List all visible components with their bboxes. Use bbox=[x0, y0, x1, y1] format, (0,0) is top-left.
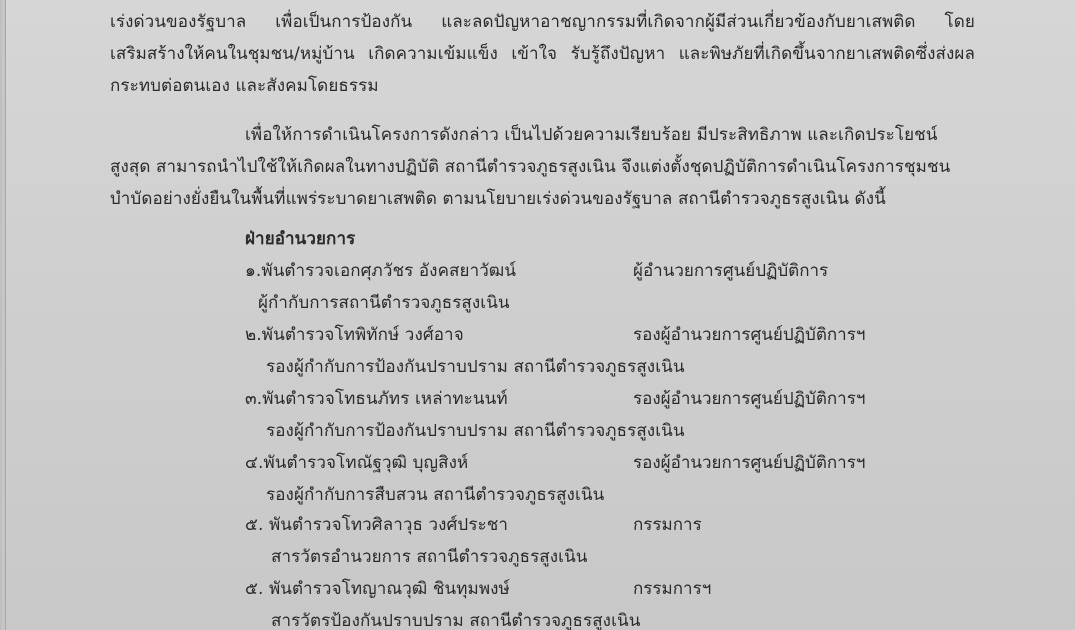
member-6-name: ๕. พันตำรวจโทญาณวุฒิ ชินทุมพงษ์ bbox=[245, 578, 510, 600]
paragraph-1-line-3: กระทบต่อตนเอง และสังคมโดยธรรม bbox=[110, 75, 379, 97]
paragraph-2-line-1: เพื่อให้การดำเนินโครงการดังกล่าว เป็นไปด… bbox=[245, 124, 928, 146]
paragraph-2-line-3: บำบัดอย่างยั่งยืนในพื้นที่แพร่ระบาดยาเสพ… bbox=[110, 188, 886, 210]
member-4-role: รองผู้อำนวยการศูนย์ปฏิบัติการฯ bbox=[633, 452, 865, 474]
member-6-position: สารวัตรป้องกันปราบปราม สถานีตำรวจภูธรสูง… bbox=[271, 610, 640, 630]
member-1-role: ผู้อำนวยการศูนย์ปฏิบัติการ bbox=[633, 260, 828, 282]
member-1-name: ๑.พันตำรวจเอกศุภวัชร อังคสยาวัฒน์ bbox=[245, 260, 516, 282]
member-4-name: ๔.พันตำรวจโทณัฐวุฒิ บุญสิงห์ bbox=[245, 452, 468, 474]
document-page: เร่งด่วนของรัฐบาล เพื่อเป็นการป้องกัน แล… bbox=[0, 0, 1075, 630]
paragraph-1-line-2-text: เสริมสร้างให้คนในชุมชน/หมู่บ้าน เกิดความ… bbox=[110, 43, 975, 65]
paragraph-1-line-1: เร่งด่วนของรัฐบาล เพื่อเป็นการป้องกัน แล… bbox=[110, 11, 975, 33]
member-3-role: รองผู้อำนวยการศูนย์ปฏิบัติการฯ bbox=[633, 388, 865, 410]
member-5-role: กรรมการ bbox=[633, 514, 702, 536]
member-3-position: รองผู้กำกับการป้องกันปราบปราม สถานีตำรวจ… bbox=[266, 420, 685, 442]
paragraph-2-line-2-text: สูงสุด สามารถนำไปใช้ให้เกิดผลในทางปฏิบัต… bbox=[110, 156, 928, 178]
member-4-position: รองผู้กำกับการสืบสวน สถานีตำรวจภูธรสูงเน… bbox=[266, 484, 604, 506]
paragraph-2-line-1-text: เพื่อให้การดำเนินโครงการดังกล่าว เป็นไปด… bbox=[245, 124, 928, 146]
paragraph-2-line-2: สูงสุด สามารถนำไปใช้ให้เกิดผลในทางปฏิบัต… bbox=[110, 156, 928, 178]
member-2-position: รองผู้กำกับการป้องกันปราบปราม สถานีตำรวจ… bbox=[266, 356, 685, 378]
paragraph-2-line-3-text: บำบัดอย่างยั่งยืนในพื้นที่แพร่ระบาดยาเสพ… bbox=[110, 189, 886, 209]
paragraph-1-line-2: เสริมสร้างให้คนในชุมชน/หมู่บ้าน เกิดความ… bbox=[110, 43, 975, 65]
member-5-position: สารวัตรอำนวยการ สถานีตำรวจภูธรสูงเนิน bbox=[271, 546, 588, 568]
member-2-role: รองผู้อำนวยการศูนย์ปฏิบัติการฯ bbox=[633, 324, 865, 346]
member-3-name: ๓.พันตำรวจโทธนภัทร เหล่าทะนนท์ bbox=[245, 388, 508, 410]
section-heading: ฝ่ายอำนวยการ bbox=[245, 228, 355, 250]
member-1-position: ผู้กำกับการสถานีตำรวจภูธรสูงเนิน bbox=[258, 292, 510, 314]
paragraph-1-line-3-text: กระทบต่อตนเอง และสังคมโดยธรรม bbox=[110, 76, 379, 96]
member-6-role: กรรมการฯ bbox=[633, 578, 711, 600]
paragraph-1-line-1-text: เร่งด่วนของรัฐบาล เพื่อเป็นการป้องกัน แล… bbox=[110, 11, 975, 33]
member-5-name: ๕. พันตำรวจโทวศิลาวุธ วงศ์ประชา bbox=[245, 514, 508, 536]
member-2-name: ๒.พันตำรวจโทพิทักษ์ วงศ์อาจ bbox=[245, 324, 464, 346]
